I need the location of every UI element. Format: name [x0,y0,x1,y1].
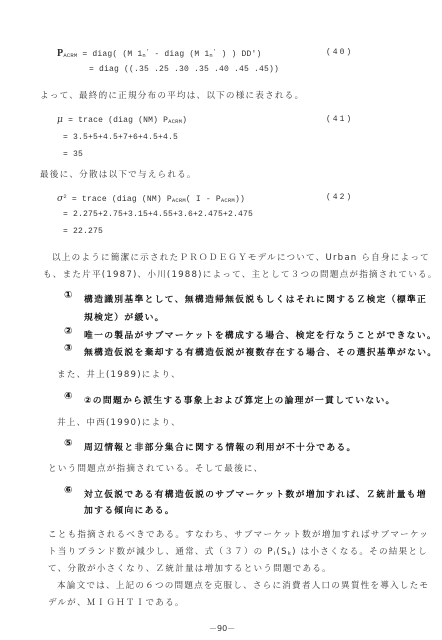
text-inoue-nakanishi-1990: 井上、中西(1990)により、 [57,416,181,428]
problem-6-number: ⑥ [64,485,72,496]
equation-42-line1: σ2 = trace (diag (NM) PACRM( I - PACRM)) [57,193,245,204]
problem-4-line1: ②の問題から派生する事象上および算定上の論理が一貫していない。 [84,393,396,406]
eq42-mid: ( I - P [186,195,221,204]
paragraph-1-line1: 以上のように簡潔に示されたＰＲＯＤＥＧＹモデルについて、Urban ら自身によっ… [52,251,430,263]
eq40-term-b: - diag (M 1 [154,50,209,59]
text-finally: という問題点が指摘されている。そして最後に、 [48,462,263,474]
text-variance-intro: 最後に、分散は以下で与えられる。 [40,168,197,180]
equation-42-line2: = 2.275+2.75+3.15+4.55+3.6+2.475+2.475 [63,210,253,219]
equation-number-41: (41) [326,115,353,124]
eq40-sup-b: ' [213,48,217,55]
paragraph-2-line2: ト当りブランド数が減少し、通常、式（３７）の Pi(Sk) は小さくなる。その結… [48,545,428,557]
problem-3-number: ③ [64,343,72,354]
equation-41-line2: = 3.5+5+4.5+7+6+4.5+4.5 [63,133,178,142]
text-mean-intro: よって、最終的に正規分布の平均は、以下の様に表される。 [40,89,304,101]
equation-40-line1: PACRM = diag( (M 1n' - diag (M 1n' ) ) D… [57,48,261,59]
paragraph-1-line2: も、また片平(1987)、小川(1988)によって、主として３つの問題点が指摘さ… [43,268,438,280]
problem-5-line1: 周辺情報と非部分集合に関する情報の利用が不十分である。 [84,440,357,453]
eq42-rhs: = trace (diag (NM) P [72,195,172,204]
problem-5-number: ⑤ [64,438,72,449]
problem-2-line1: 唯一の製品がサブマーケットを構成する場合、検定を行なうことができない。 [84,328,437,341]
eq41-subscript: ACRM [168,118,182,125]
problem-6-line1: 対立仮説である有構造仮説のサブマーケット数が増加すれば、Ｚ統計量も増 [84,487,427,500]
eq42-sub2: ACRM [221,197,235,204]
paragraph-2-line1: ことも指摘されるべきである。すなわち、サブマーケット数が増加すればサブマーケッ [48,528,429,540]
para2-text-a: ト当りブランド数が減少し、通常、式（３７）の P [48,547,274,557]
eq41-rhs: = trace (diag (NM) P [68,116,168,125]
equation-40-line2: = diag ((.35 .25 .30 .35 .40 .45 .45)) [89,65,279,74]
equation-42-line3: = 22.275 [63,227,103,236]
problem-2-number: ② [64,326,72,337]
eq40-lhs-subscript: ACRM [63,52,77,59]
eq42-sup: 2 [63,193,67,200]
equation-41-line3: = 35 [63,150,83,159]
eq42-sub1: ACRM [172,197,186,204]
problem-1-line1: 構造識別基準として、無構造帰無仮説もしくはそれに関するＺ検定（標準正 [84,292,427,305]
equation-number-42: (42) [326,193,353,202]
problem-3-line1: 無構造仮説を棄却する有構造仮説が複数存在する場合、その選択基準がない。 [84,345,437,358]
problem-6-line2: 加する傾向にある。 [84,503,175,516]
eq40-term-a: = diag( (M 1 [82,50,142,59]
eq42-close: )) [235,195,245,204]
eq41-close: ) [182,116,187,125]
para2-text-b: (S [277,547,288,557]
paragraph-2-line3: て、分散が小さくなり、Ｚ統計量は増加するという問題である。 [48,562,332,574]
paragraph-3-line2: デルが、ＭＩＧＨＴＩである。 [48,596,185,608]
para2-text-c: ) は小さくなる。その結果とし [292,547,428,557]
page-number: －90－ [209,623,235,634]
problem-4-number: ④ [64,391,72,402]
eq40-term-c: ) ) DD') [221,50,261,59]
equation-41-line1: μ = trace (diag (NM) PACRM) [57,115,187,125]
problem-1-number: ① [64,290,72,301]
equation-number-40: (40) [326,48,353,57]
text-inoue-1989: また、井上(1989)により、 [57,368,181,380]
eq41-mu: μ [57,115,63,125]
paragraph-3-line1: 本論文では、上記の６つの問題点を克服し、さらに消費者人口の異質性を導入したモ [57,579,429,591]
problem-1-line2: 規検定）が緩い。 [84,310,165,323]
eq40-sup-a: ' [146,48,150,55]
